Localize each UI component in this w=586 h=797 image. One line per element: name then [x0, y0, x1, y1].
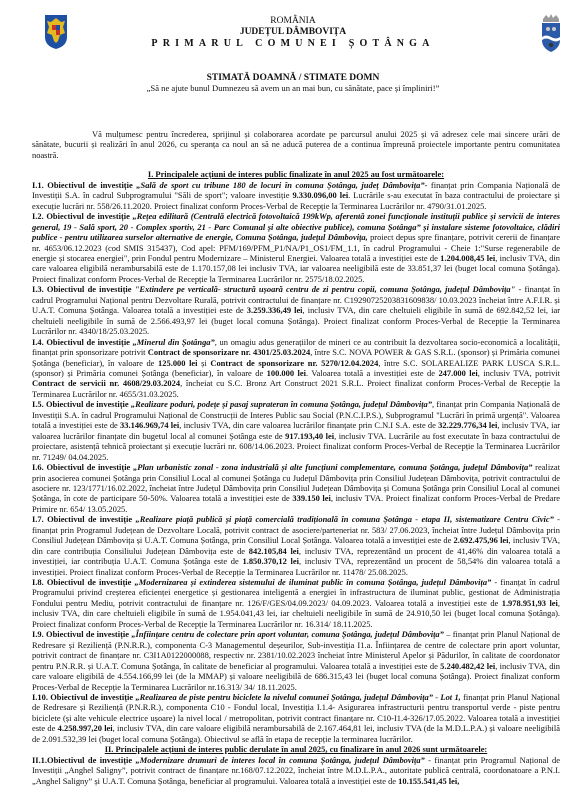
- item-label: I.6. Obiectivul de investiție: [32, 462, 130, 472]
- country-name: ROMÂNIA: [0, 16, 586, 27]
- item-value: 32.229.776,34 lei: [438, 420, 497, 430]
- item-label: I.8. Obiectivul de investiție: [32, 577, 131, 587]
- item-value: Contract de sponsorizare nr. 5270/12.04.…: [210, 358, 378, 368]
- item-value: 4.258.997,20 lei: [58, 723, 113, 733]
- investment-item: I.1. Obiectivul de investiție „Sală de s…: [32, 180, 560, 211]
- investment-item: I.4. Obiectivul de investiție „Minerul d…: [32, 337, 560, 400]
- investment-item: II.1.Obiectivul de investiție „Moderniza…: [32, 755, 560, 786]
- item-value: 9.330.096,00 lei: [292, 190, 348, 200]
- item-title: „Modernizarea și extinderea sistemului d…: [135, 577, 492, 587]
- item-value: 10.155.541,45 lei,: [398, 776, 459, 786]
- investment-item: I.5. Obiectivul de investiție „Realizare…: [32, 399, 560, 462]
- item-value: 917.193,40 lei: [285, 431, 334, 441]
- item-value: 100.000 lei: [267, 368, 306, 378]
- item-text: . Valoarea totală a investiției este de: [306, 368, 438, 378]
- investment-item: I.6. Obiectivul de investiție „Plan urba…: [32, 462, 560, 514]
- letterhead-text: ROMÂNIA JUDEȚUL DÂMBOVIȚA PRIMARUL COMUN…: [0, 16, 586, 49]
- item-value: 33.146.969,74 lei: [120, 420, 179, 430]
- item-value: 339.150 lei: [292, 493, 330, 503]
- investment-item: I.10. Obiectivul de investiție „Realizar…: [32, 692, 560, 744]
- institution-name: PRIMARUL COMUNEI ȘOTÂNGA: [0, 38, 586, 49]
- item-value: 5.240.482,42 lei: [440, 661, 495, 671]
- item-title: „Realizare piață publică și piață comerc…: [135, 514, 553, 524]
- sotanga-coat-of-arms-icon: [540, 13, 562, 53]
- item-value: 1.850.370,12 lei: [242, 556, 298, 566]
- greeting-title: STIMATĂ DOAMNĂ / STIMATE DOMN: [0, 73, 586, 83]
- item-value: Contract de servicii nr. 4608/29.03.2024: [32, 378, 180, 388]
- item-value: 125.000 lei: [158, 358, 197, 368]
- item-label: I.10. Obiectivul de investiție: [32, 692, 133, 702]
- section-heading: I. Principalele acțiuni de interes publi…: [32, 169, 560, 179]
- item-label: I.7. Obiectivul de investiție: [32, 514, 132, 524]
- item-label: I.3. Obiectivul de investiție: [32, 284, 132, 294]
- investment-item: I.3. Obiectivul de investiție "Extindere…: [32, 284, 560, 336]
- item-text: , inclusiv TVA, din care valoarea lucrăr…: [179, 420, 438, 430]
- item-label: I.1. Obiectivul de investiție: [32, 180, 133, 190]
- item-title: "Extindere pe verticală- structură ușoar…: [135, 284, 516, 294]
- item-title: „Sală de sport cu tribune 180 de locuri …: [136, 180, 424, 190]
- item-value: 2.692.475,96 lei: [454, 535, 509, 545]
- item-text: și: [198, 358, 211, 368]
- item-title: „Înființare centru de colectare prin apo…: [131, 629, 444, 639]
- item-value: Contract de sponsorizare nr. 4301/25.03.…: [148, 347, 310, 357]
- item-value: 247.000 lei: [438, 368, 477, 378]
- item-value: 1.204.008,45 lei: [440, 253, 495, 263]
- greeting-quote: „Să ne ajute bunul Dumnezeu să avem un a…: [0, 83, 586, 93]
- investment-item: I.2. Obiectivul de investiție „Rețea edi…: [32, 211, 560, 284]
- investment-item: I.9. Obiectivul de investiție „Înființar…: [32, 629, 560, 692]
- letter-body: Vă mulțumesc pentru încrederea, sprijinu…: [32, 129, 560, 786]
- item-title: „Modernizare drumuri de interes local în…: [136, 755, 425, 765]
- item-value: 3.259.336,49 lei: [247, 305, 303, 315]
- item-label: I.9. Obiectivul de investiție: [32, 629, 129, 639]
- item-label: I.2. Obiectivul de investiție: [32, 211, 130, 221]
- county-name: JUDEȚUL DÂMBOVIȚA: [0, 27, 586, 38]
- letter-page: ROMÂNIA JUDEȚUL DÂMBOVIȚA PRIMARUL COMUN…: [0, 0, 586, 797]
- greeting-block: STIMATĂ DOAMNĂ / STIMATE DOMN „Să ne aju…: [0, 73, 586, 93]
- intro-paragraph: Vă mulțumesc pentru încrederea, sprijinu…: [32, 129, 560, 160]
- section-heading: II. Principalele acțiuni de interes publ…: [32, 744, 560, 754]
- item-label: II.1.Obiectivul de investiție: [32, 755, 132, 765]
- item-label: I.4. Obiectivul de investiție: [32, 337, 130, 347]
- item-value: 842.105,84 lei: [249, 546, 299, 556]
- investment-item: I.8. Obiectivul de investiție „Moderniza…: [32, 577, 560, 629]
- item-title: „Realizare poduri, podețe și pasaj supra…: [131, 399, 432, 409]
- item-title: „Plan urbanistic zonal - zona industrial…: [133, 462, 532, 472]
- item-title: „Minerul din Șotânga”: [133, 337, 215, 347]
- item-label: I.5. Obiectivul de investiție: [32, 399, 129, 409]
- item-title: „Realizarea de piste pentru biciclete la…: [135, 692, 460, 702]
- item-text: , inclusiv TVA, potrivit: [478, 368, 560, 378]
- item-value: 1.978.951,93 lei: [502, 598, 558, 608]
- investment-item: I.7. Obiectivul de investiție „Realizare…: [32, 514, 560, 577]
- letterhead: ROMÂNIA JUDEȚUL DÂMBOVIȚA PRIMARUL COMUN…: [0, 0, 586, 64]
